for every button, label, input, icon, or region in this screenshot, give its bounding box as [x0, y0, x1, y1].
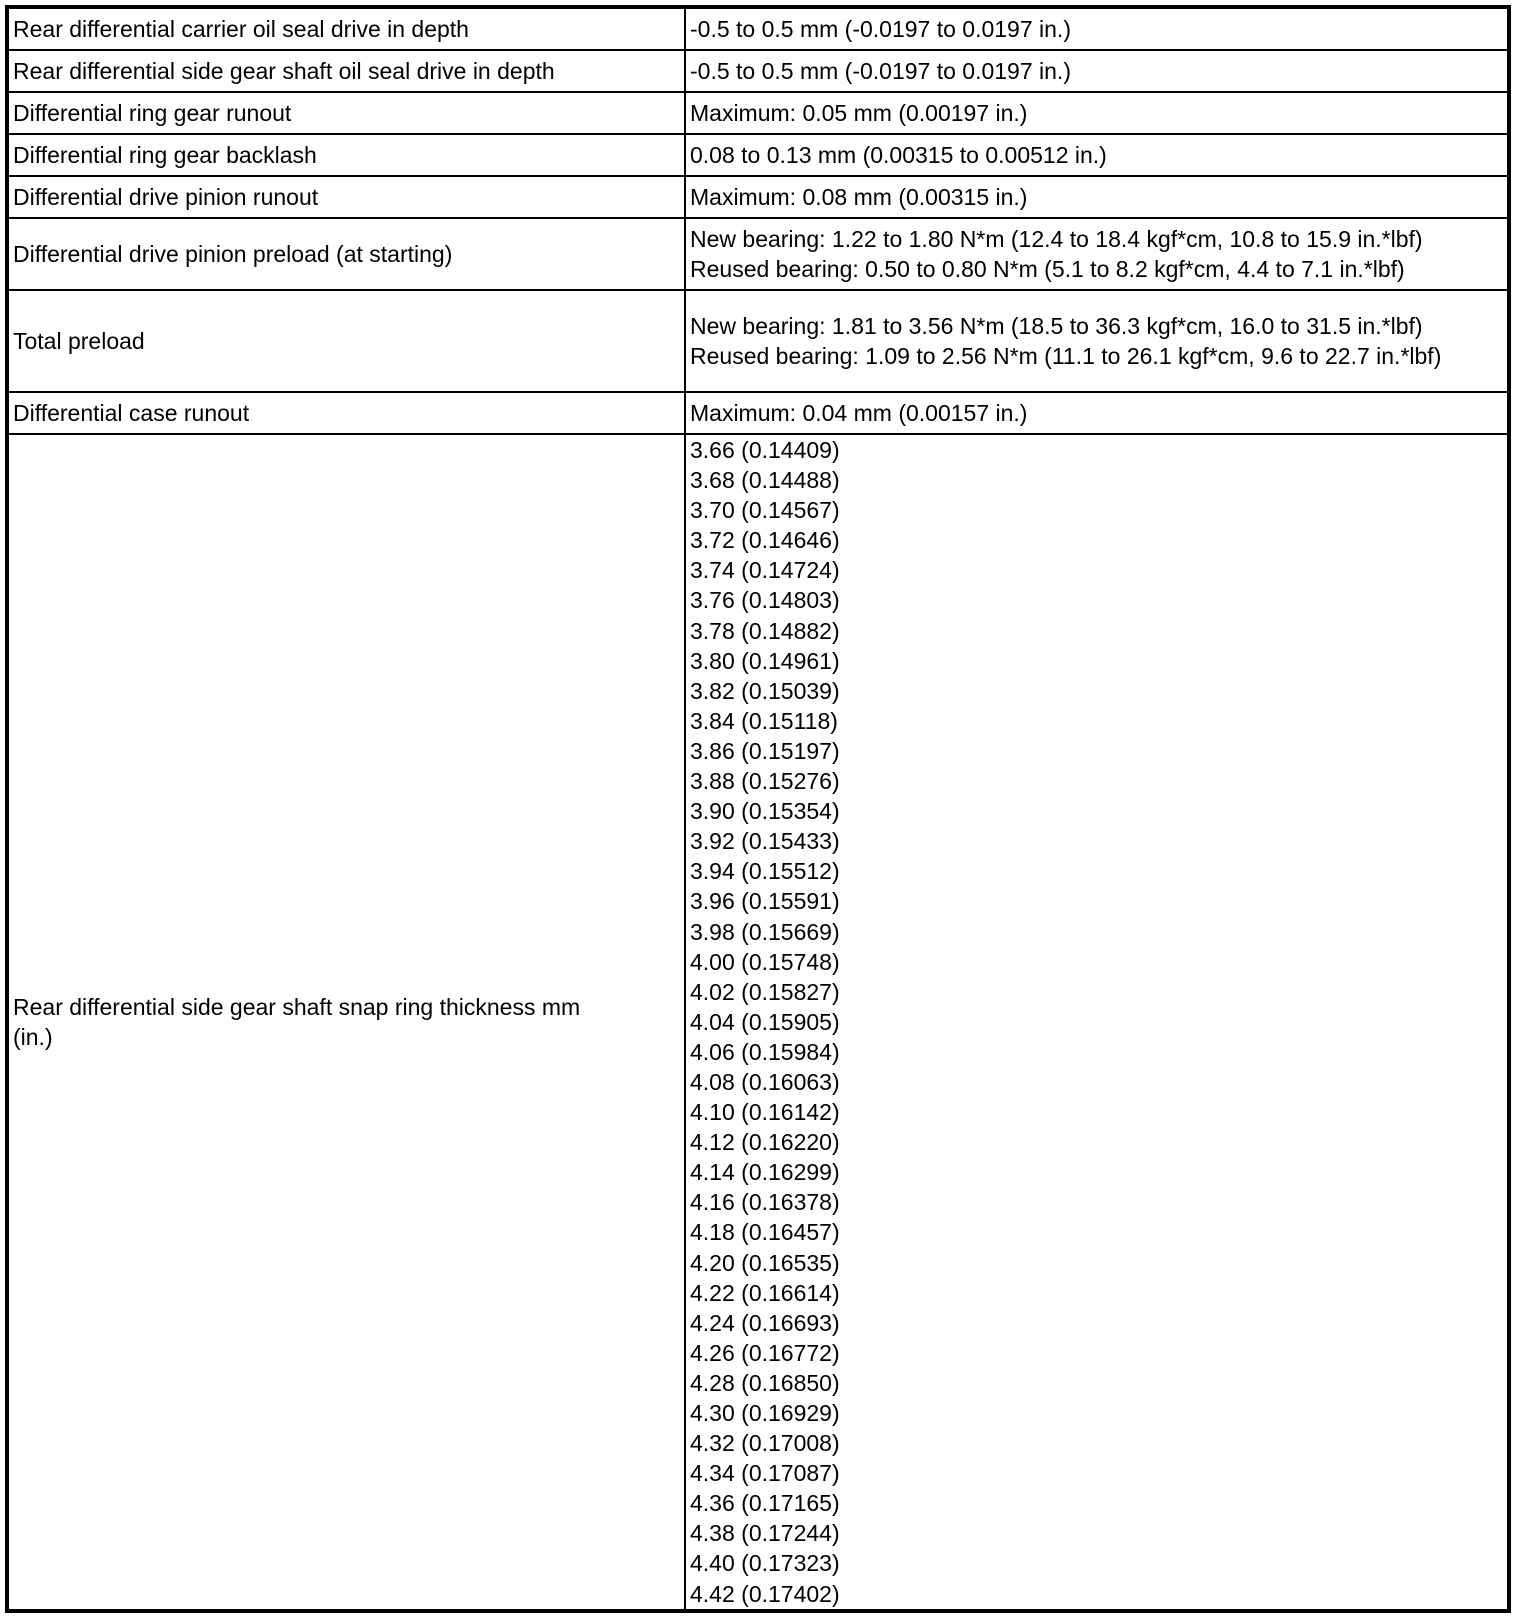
spec-value-line: Maximum: 0.08 mm (0.00315 in.): [690, 182, 1507, 212]
snap-ring-thickness-item: 4.20 (0.16535): [690, 1248, 1507, 1278]
snap-ring-thickness-item: 4.36 (0.17165): [690, 1488, 1507, 1518]
table-row: Differential drive pinion preload (at st…: [7, 218, 1509, 290]
table-row: Rear differential carrier oil seal drive…: [7, 7, 1509, 50]
spec-value-line: -0.5 to 0.5 mm (-0.0197 to 0.0197 in.): [690, 56, 1507, 86]
table-row: Rear differential side gear shaft oil se…: [7, 50, 1509, 92]
snap-ring-thickness-item: 3.70 (0.14567): [690, 495, 1507, 525]
spec-label: Rear differential carrier oil seal drive…: [7, 7, 685, 50]
snap-ring-thickness-item: 4.18 (0.16457): [690, 1217, 1507, 1247]
snap-ring-thickness-item: 4.30 (0.16929): [690, 1398, 1507, 1428]
snap-ring-thickness-item: 4.32 (0.17008): [690, 1428, 1507, 1458]
spec-label: Differential case runout: [7, 392, 685, 434]
table-row: Differential ring gear runout Maximum: 0…: [7, 92, 1509, 134]
spec-value: Maximum: 0.05 mm (0.00197 in.): [685, 92, 1509, 134]
snap-ring-thickness-item: 4.04 (0.15905): [690, 1007, 1507, 1037]
spec-value: New bearing: 1.81 to 3.56 N*m (18.5 to 3…: [685, 290, 1509, 392]
snap-ring-thickness-item: 3.76 (0.14803): [690, 585, 1507, 615]
snap-ring-thickness-item: 4.34 (0.17087): [690, 1458, 1507, 1488]
spec-label: Differential ring gear runout: [7, 92, 685, 134]
snap-ring-thickness-item: 3.86 (0.15197): [690, 736, 1507, 766]
table-row-snap-ring: Rear differential side gear shaft snap r…: [7, 434, 1509, 1611]
snap-ring-thickness-item: 4.08 (0.16063): [690, 1067, 1507, 1097]
spec-label: Differential drive pinion preload (at st…: [7, 218, 685, 290]
snap-ring-thickness-item: 3.88 (0.15276): [690, 766, 1507, 796]
snap-ring-thickness-item: 3.68 (0.14488): [690, 465, 1507, 495]
snap-ring-thickness-item: 3.94 (0.15512): [690, 856, 1507, 886]
spec-value-line-new-bearing: New bearing: 1.22 to 1.80 N*m (12.4 to 1…: [690, 224, 1507, 254]
snap-ring-thickness-item: 4.16 (0.16378): [690, 1187, 1507, 1217]
spec-value-line: -0.5 to 0.5 mm (-0.0197 to 0.0197 in.): [690, 14, 1507, 44]
spec-value-line-new-bearing: New bearing: 1.81 to 3.56 N*m (18.5 to 3…: [690, 311, 1447, 341]
snap-ring-thickness-item: 3.78 (0.14882): [690, 616, 1507, 646]
spec-value: Maximum: 0.04 mm (0.00157 in.): [685, 392, 1509, 434]
snap-ring-thickness-item: 3.74 (0.14724): [690, 555, 1507, 585]
snap-ring-thickness-item: 4.00 (0.15748): [690, 947, 1507, 977]
table-row: Differential drive pinion runout Maximum…: [7, 176, 1509, 218]
spec-label: Rear differential side gear shaft snap r…: [7, 434, 685, 1611]
snap-ring-thickness-item: 3.90 (0.15354): [690, 796, 1507, 826]
snap-ring-thickness-item: 4.28 (0.16850): [690, 1368, 1507, 1398]
spec-label: Rear differential side gear shaft oil se…: [7, 50, 685, 92]
snap-ring-thickness-item: 4.24 (0.16693): [690, 1308, 1507, 1338]
snap-ring-thickness-item: 4.22 (0.16614): [690, 1278, 1507, 1308]
snap-ring-thickness-item: 3.98 (0.15669): [690, 917, 1507, 947]
spec-label: Total preload: [7, 290, 685, 392]
table-row: Differential ring gear backlash 0.08 to …: [7, 134, 1509, 176]
spec-value-line: 0.08 to 0.13 mm (0.00315 to 0.00512 in.): [690, 140, 1507, 170]
snap-ring-thickness-item: 4.42 (0.17402): [690, 1579, 1507, 1609]
spec-label: Differential drive pinion runout: [7, 176, 685, 218]
spec-value: New bearing: 1.22 to 1.80 N*m (12.4 to 1…: [685, 218, 1509, 290]
spec-value-line: Maximum: 0.04 mm (0.00157 in.): [690, 398, 1507, 428]
snap-ring-thickness-item: 3.80 (0.14961): [690, 646, 1507, 676]
snap-ring-thickness-item: 4.06 (0.15984): [690, 1037, 1507, 1067]
spec-value: -0.5 to 0.5 mm (-0.0197 to 0.0197 in.): [685, 50, 1509, 92]
snap-ring-thickness-item: 3.92 (0.15433): [690, 826, 1507, 856]
table-row: Total preload New bearing: 1.81 to 3.56 …: [7, 290, 1509, 392]
spec-label: Differential ring gear backlash: [7, 134, 685, 176]
snap-ring-thickness-item: 3.96 (0.15591): [690, 886, 1507, 916]
spec-value: -0.5 to 0.5 mm (-0.0197 to 0.0197 in.): [685, 7, 1509, 50]
snap-ring-thickness-item: 4.10 (0.16142): [690, 1097, 1507, 1127]
spec-value-line-reused-bearing: Reused bearing: 1.09 to 2.56 N*m (11.1 t…: [690, 341, 1447, 371]
specification-table-body: Rear differential carrier oil seal drive…: [7, 7, 1509, 1611]
specification-table: Rear differential carrier oil seal drive…: [5, 5, 1511, 1613]
spec-value: 0.08 to 0.13 mm (0.00315 to 0.00512 in.): [685, 134, 1509, 176]
snap-ring-thickness-item: 3.66 (0.14409): [690, 435, 1507, 465]
snap-ring-thickness-list: 3.66 (0.14409)3.68 (0.14488)3.70 (0.1456…: [685, 434, 1509, 1611]
snap-ring-thickness-item: 4.38 (0.17244): [690, 1518, 1507, 1548]
snap-ring-thickness-item: 3.72 (0.14646): [690, 525, 1507, 555]
snap-ring-thickness-item: 4.02 (0.15827): [690, 977, 1507, 1007]
spec-value-line-reused-bearing: Reused bearing: 0.50 to 0.80 N*m (5.1 to…: [690, 254, 1507, 284]
snap-ring-thickness-item: 4.14 (0.16299): [690, 1157, 1507, 1187]
snap-ring-thickness-item: 3.82 (0.15039): [690, 676, 1507, 706]
snap-ring-thickness-item: 3.84 (0.15118): [690, 706, 1507, 736]
spec-value: Maximum: 0.08 mm (0.00315 in.): [685, 176, 1509, 218]
snap-ring-thickness-item: 4.12 (0.16220): [690, 1127, 1507, 1157]
snap-ring-thickness-item: 4.26 (0.16772): [690, 1338, 1507, 1368]
spec-value-line: Maximum: 0.05 mm (0.00197 in.): [690, 98, 1507, 128]
snap-ring-thickness-item: 4.40 (0.17323): [690, 1548, 1507, 1578]
table-row: Differential case runout Maximum: 0.04 m…: [7, 392, 1509, 434]
